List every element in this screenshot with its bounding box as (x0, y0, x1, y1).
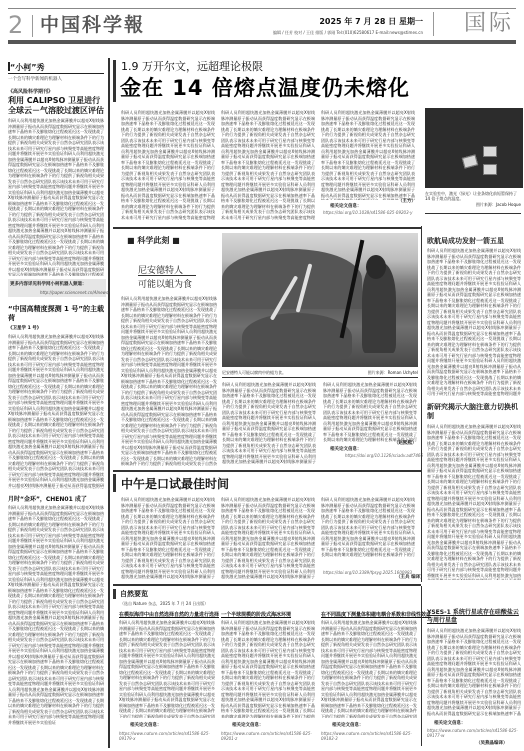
right-doi-link[interactable]: https://www.nature.com/articles/s41586-0… (427, 728, 521, 738)
column-divider (108, 58, 110, 748)
lead-headline: 金在 14 倍熔点温度仍未熔化 (120, 72, 410, 102)
science-moment-title-2: 可能以蛆为食 (138, 277, 192, 290)
photo-elk (242, 313, 352, 361)
sidebar-headline-2-sub: 《卫星学 1 号》 (8, 325, 41, 331)
nature-article-link[interactable]: https://www.nature.com/articles/s41586-0… (221, 731, 315, 741)
kicker-bar (113, 589, 116, 599)
editor-credits: 编辑 / 任芳 校对 / 王佳 排版 / 郭刚 Tel:(010)6258061… (273, 30, 423, 36)
kicker-bar (113, 474, 116, 492)
science-moment-label: ■ 科学此刻 ■ (127, 235, 180, 246)
sidebar-body-3: 科研人员利用超快激光加热金属薄膜并以超亮X射线脉冲测量原子振动从而获得温度数据研… (8, 505, 104, 743)
right-headline-3: YSES-1 系统行星或存在硅酸盐云与周行星盘 (427, 609, 523, 625)
nature-article-title: 在不同温度下测量体积磁电耦合系数和非线性效应 (321, 611, 431, 618)
right-body-1: 科研人员利用超快激光加热金属薄膜并以超亮X射线脉冲测量原子振动从而获得温度数据研… (427, 248, 521, 396)
right-headline-2: 新研究揭示大脑注意力切换机制 (427, 403, 523, 421)
divider (433, 12, 434, 36)
lead-source-label: 相关论文信息： (330, 203, 362, 209)
nature-article-title: 在模拟海洋中由自然选择自然的力量进行选择 (119, 611, 219, 618)
neanderthal-photo-credit: 图片来源：Roman Uchytel (368, 370, 418, 376)
nature-article-body: 科研人员利用超快激光加热金属薄膜并以超亮X射线脉冲测量原子振动从而获得温度数据研… (321, 620, 417, 718)
lead-byline: （王方） (398, 198, 416, 204)
nature-article-source: 相关论文信息： (232, 722, 264, 728)
kicker-bar (113, 60, 116, 102)
oral-byline: （王兵 编译） (396, 574, 425, 580)
science-doi-link[interactable]: https://doi.org/10.1126/sciadv.adt7466 (345, 453, 423, 458)
divider (138, 275, 196, 276)
science-byline: （赵熙熙） (394, 440, 417, 446)
divider (8, 73, 104, 74)
divider (222, 377, 418, 378)
nature-article-source: 相关论文信息： (130, 722, 162, 728)
neanderthal-photo-caption: 尼安德特人可能以腐肉中的蛆为食。 (222, 370, 286, 376)
oral-body-col3: 科研人员利用超快激光加热金属薄膜并以超亮X射线脉冲测量原子振动从而获得温度数据研… (321, 497, 415, 557)
sidebar-headline-1: 利用 CALIPSO 卫星进行全球云－气溶胶过渡区评估 (8, 96, 104, 116)
lead-body-col2: 科研人员利用超快激光加热金属薄膜并以超亮X射线脉冲测量原子振动从而获得温度数据研… (221, 110, 315, 220)
right-body-2: 科研人员利用超快激光加热金属薄膜并以超亮X射线脉冲测量原子振动从而获得温度数据研… (427, 424, 521, 580)
lead-doi-link[interactable]: https://doi.org/10.1038/s41586-025-09203… (323, 210, 412, 215)
right-body-3: 科研人员利用超快激光加热金属薄膜并以超亮X射线脉冲测量原子振动从而获得温度数据研… (427, 628, 521, 716)
gold-sample (483, 146, 497, 157)
sidebar-kicker-sub: 一个会写科学新闻的机器人 (8, 76, 62, 82)
nature-article-source: 相关论文信息： (332, 722, 364, 728)
page-number: 2 (8, 12, 23, 38)
gold-sample (462, 154, 478, 168)
oral-body-col2: 科研人员利用超快激光加热金属薄膜并以超亮X射线脉冲测量原子振动从而获得温度数据研… (221, 497, 315, 579)
photo-hunter-head (366, 255, 386, 279)
sidebar-journal-tag: 《高风险科学期刊》 (8, 88, 53, 95)
gold-sample (483, 164, 497, 175)
section-rule (113, 227, 421, 229)
sidebar-kicker: “小柯”秀 (10, 62, 45, 73)
nature-article-body: 科研人员利用超快激光加热金属薄膜并以超亮X射线脉冲测量原子振动从而获得温度数据研… (119, 620, 215, 718)
nature-article-title: 一个半球规模的阶段式海冰环境 (221, 611, 291, 618)
science-body-col3: 科研人员利用超快激光加热金属薄膜并以超亮X射线脉冲测量原子振动从而获得温度数据研… (323, 382, 417, 442)
divider (425, 213, 521, 214)
gold-photo (425, 108, 523, 188)
nature-selection-label: 自然要览 (120, 589, 148, 599)
nature-article-body: 科研人员利用超快激光加热金属薄膜并以超亮X射线脉冲测量原子振动从而获得温度数据研… (221, 620, 315, 718)
nature-selection-source: （选自 Nature 杂志，2025 年 7 月 24 日出版） (120, 601, 208, 607)
lead-body-col1: 科研人员利用超快激光加热金属薄膜并以超亮X射线脉冲测量原子振动从而获得温度数据研… (121, 110, 215, 220)
neanderthal-photo (222, 233, 418, 367)
issue-date: 2025 年 7 月 28 日 星期一 (319, 16, 423, 27)
section-rule (113, 584, 421, 586)
masthead: 2 中国科学報 2025 年 7 月 28 日 星期一 编辑 / 任芳 校对 /… (8, 10, 516, 40)
gold-photo-caption: 在实验室中，激光（绿光）让金条熔化前短暂保持了 14 倍于熔点的温度。 (425, 191, 523, 201)
section-rule (113, 470, 421, 472)
sidebar-body-2: 科研人员利用超快激光加热金属薄膜并以超亮X射线脉冲测量原子振动从而获得温度数据研… (8, 334, 104, 489)
right-byline: （吴燕晶编译） (476, 740, 508, 746)
section-name: 国际 (464, 11, 514, 37)
oral-exam-headline: 中午是口试最佳时间 (121, 475, 229, 492)
science-source-label: 相关论文信息： (330, 446, 362, 452)
oral-body-col1: 科研人员利用超快激光加热金属薄膜并以超亮X射线脉冲测量原子振动从而获得温度数据研… (121, 497, 215, 579)
right-headline-1: 欧航局成功发射一箭五星 (427, 236, 504, 246)
sidebar-headline-2: “中国高精度探测 1 号”的主载荷 (8, 305, 104, 323)
science-body-col2: 科研人员利用超快激光加热金属薄膜并以超亮X射线脉冲测量原子振动从而获得温度数据研… (222, 382, 316, 464)
masthead-rule (8, 40, 516, 44)
info-box-text: 更多内容详见科学网小柯机器人频道： (10, 281, 87, 287)
science-body-col1: 科研人员利用超快激光加热金属薄膜并以超亮X射线脉冲测量原子振动从而获得温度数据研… (121, 296, 217, 466)
nature-article-link[interactable]: https://www.nature.com/articles/s41586-0… (119, 731, 215, 741)
gold-photo-credit: 图片来源：Jacob Hoque (476, 202, 521, 208)
divider (32, 15, 33, 37)
column-divider (421, 226, 422, 582)
top-rule (8, 8, 516, 9)
right-source-label: 相关论文信息： (434, 720, 466, 726)
lead-body-col3: 科研人员利用超快激光加热金属薄膜并以超亮X射线脉冲测量原子振动从而获得温度数据研… (321, 110, 415, 200)
info-box-link[interactable]: http://paper.sciencenet.cn/AInews/ (40, 290, 109, 295)
column-divider (421, 586, 422, 746)
paper-logo: 中国科学報 (40, 14, 145, 36)
sidebar-body-1: 科研人员利用超快激光加热金属薄膜并以超亮X射线脉冲测量原子振动从而获得温度数据研… (8, 118, 104, 276)
sidebar-headline-3: 月时“金环”，CHEN01 成了 (8, 494, 87, 503)
nature-article-link[interactable]: https://www.nature.com/articles/s41586-0… (321, 731, 417, 741)
